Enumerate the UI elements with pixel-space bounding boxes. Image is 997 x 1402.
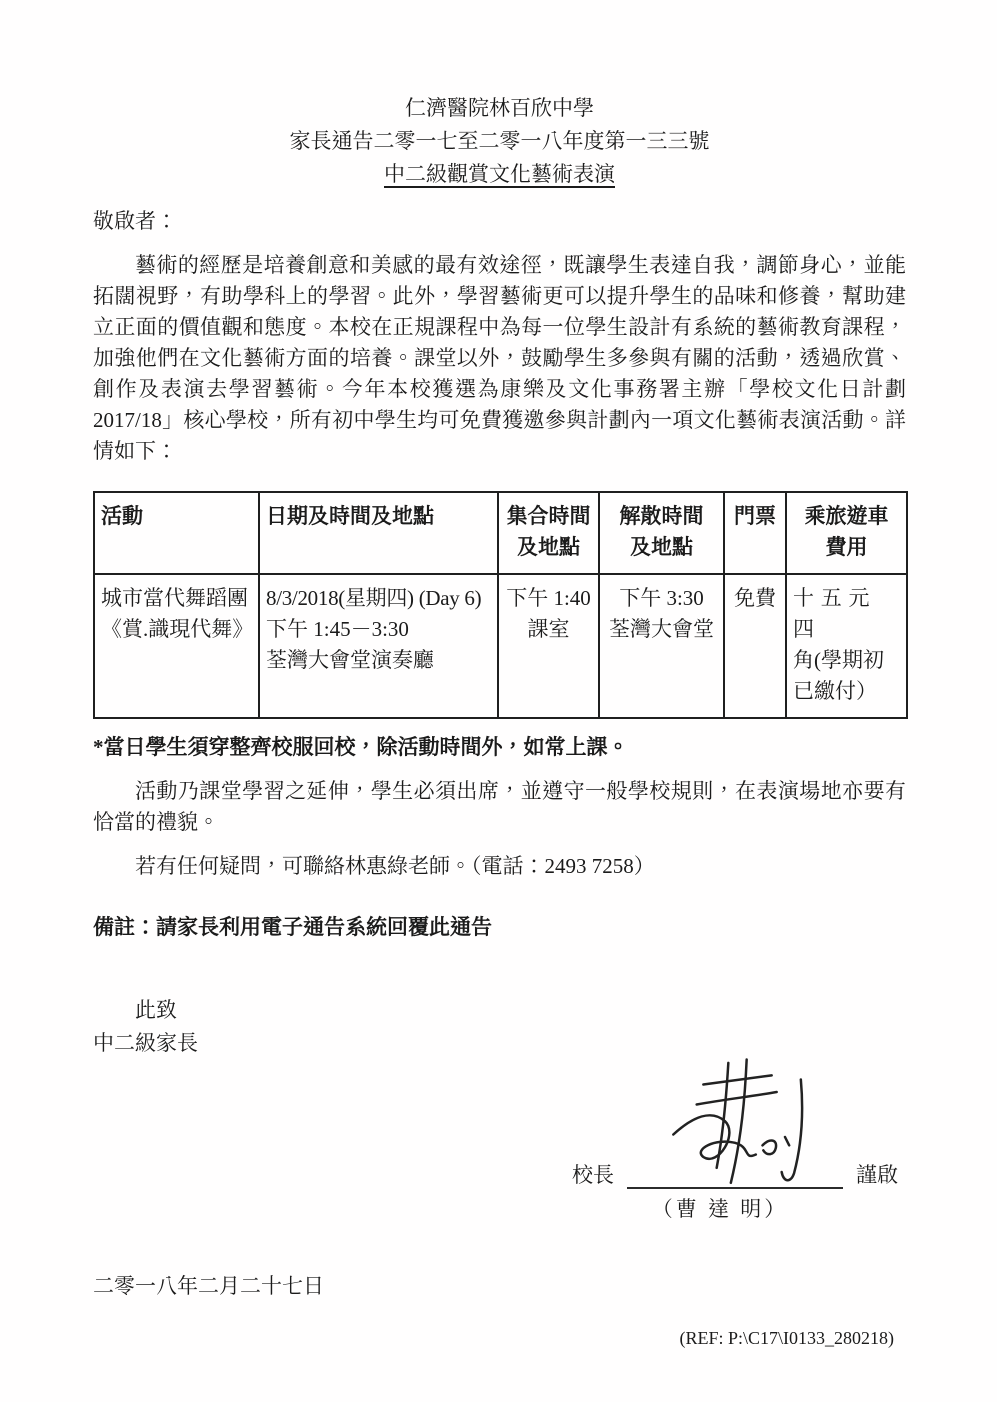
cell-assembly: 下午 1:40 課室 <box>498 574 599 718</box>
signature-line <box>627 1161 843 1189</box>
contact-line: 若有任何疑問，可聯絡林惠綠老師。（電話：2493 7258） <box>93 851 906 882</box>
table-header-activity: 活動 <box>94 492 259 574</box>
uniform-note: *當日學生須穿整齊校服回校，除活動時間外，如常上課。 <box>93 732 906 763</box>
cell-line: 荃灣大會堂 <box>606 614 717 645</box>
table-header-ticket: 門票 <box>724 492 786 574</box>
table-header-datetime: 日期及時間及地點 <box>259 492 498 574</box>
header-line: 乘旅遊車 <box>793 501 900 532</box>
header-line: 日期及時間及地點 <box>266 501 491 532</box>
document-page: 仁濟醫院林百欣中學 家長通告二零一七至二零一八年度第一三三號 中二級觀賞文化藝術… <box>0 0 997 1402</box>
notice-number: 家長通告二零一七至二零一八年度第一三三號 <box>93 125 906 158</box>
cell-line: 已繳付） <box>793 676 900 707</box>
header-line: 解散時間 <box>606 501 717 532</box>
header-line: 及地點 <box>606 532 717 563</box>
cell-line: 下午 1:45－3:30 <box>266 614 491 645</box>
table-header-assembly: 集合時間 及地點 <box>498 492 599 574</box>
cell-ticket: 免費 <box>724 574 786 718</box>
remark-note: 備註：請家長利用電子通告系統回覆此通告 <box>93 912 906 943</box>
document-header: 仁濟醫院林百欣中學 家長通告二零一七至二零一八年度第一三三號 中二級觀賞文化藝術… <box>93 92 906 191</box>
header-line: 費用 <box>793 532 900 563</box>
table-header-fee: 乘旅遊車 費用 <box>786 492 907 574</box>
date-line: 二零一八年二月二十七日 <box>93 1271 906 1302</box>
cell-fee: 十五元四 角(學期初 已繳付） <box>786 574 907 718</box>
respectfully-label: 謹啟 <box>856 1161 898 1189</box>
cell-dismissal: 下午 3:30 荃灣大會堂 <box>599 574 724 718</box>
cell-line: 荃灣大會堂演奏廳 <box>266 645 491 676</box>
cell-line: 《賞.識現代舞》 <box>101 614 252 645</box>
table-header-row: 活動 日期及時間及地點 集合時間 及地點 解散時間 及地點 門票 乘旅遊車 <box>94 492 907 574</box>
principal-label: 校長 <box>572 1161 614 1189</box>
header-line: 門票 <box>731 501 779 532</box>
cell-line: 課室 <box>505 614 592 645</box>
signature-row: 校長 謹啟 <box>572 1161 898 1189</box>
signature-block: 校長 謹啟 （曹 達 明） <box>93 1161 898 1223</box>
school-name: 仁濟醫院林百欣中學 <box>93 92 906 125</box>
cell-line: 角(學期初 <box>793 645 900 676</box>
principal-signature <box>645 1053 845 1201</box>
closing-salute: 此致 <box>93 995 906 1026</box>
cell-line: 下午 3:30 <box>606 583 717 614</box>
event-table: 活動 日期及時間及地點 集合時間 及地點 解散時間 及地點 門票 乘旅遊車 <box>93 491 908 719</box>
salutation: 敬啟者： <box>93 206 906 236</box>
cell-activity: 城市當代舞蹈團 《賞.識現代舞》 <box>94 574 259 718</box>
cell-line: 8/3/2018(星期四) (Day 6) <box>266 583 491 614</box>
reference-number: (REF: P:\C17\I0133_280218) <box>93 1326 906 1350</box>
cell-datetime: 8/3/2018(星期四) (Day 6) 下午 1:45－3:30 荃灣大會堂… <box>259 574 498 718</box>
header-line: 集合時間 <box>505 501 592 532</box>
attendance-paragraph: 活動乃課堂學習之延伸，學生必須出席，並遵守一般學校規則，在表演場地亦要有恰當的禮… <box>93 776 906 838</box>
cell-line: 十五元四 <box>793 583 900 645</box>
header-line: 活動 <box>101 501 252 532</box>
notice-subject: 中二級觀賞文化藝術表演 <box>93 158 906 191</box>
header-line: 及地點 <box>505 532 592 563</box>
intro-paragraph: 藝術的經歷是培養創意和美感的最有效途徑，既讓學生表達自我，調節身心，並能拓闊視野… <box>93 250 906 467</box>
table-row: 城市當代舞蹈團 《賞.識現代舞》 8/3/2018(星期四) (Day 6) 下… <box>94 574 907 718</box>
cell-line: 免費 <box>731 583 779 614</box>
table-header-dismissal: 解散時間 及地點 <box>599 492 724 574</box>
cell-line: 城市當代舞蹈團 <box>101 583 252 614</box>
cell-line: 下午 1:40 <box>505 583 592 614</box>
